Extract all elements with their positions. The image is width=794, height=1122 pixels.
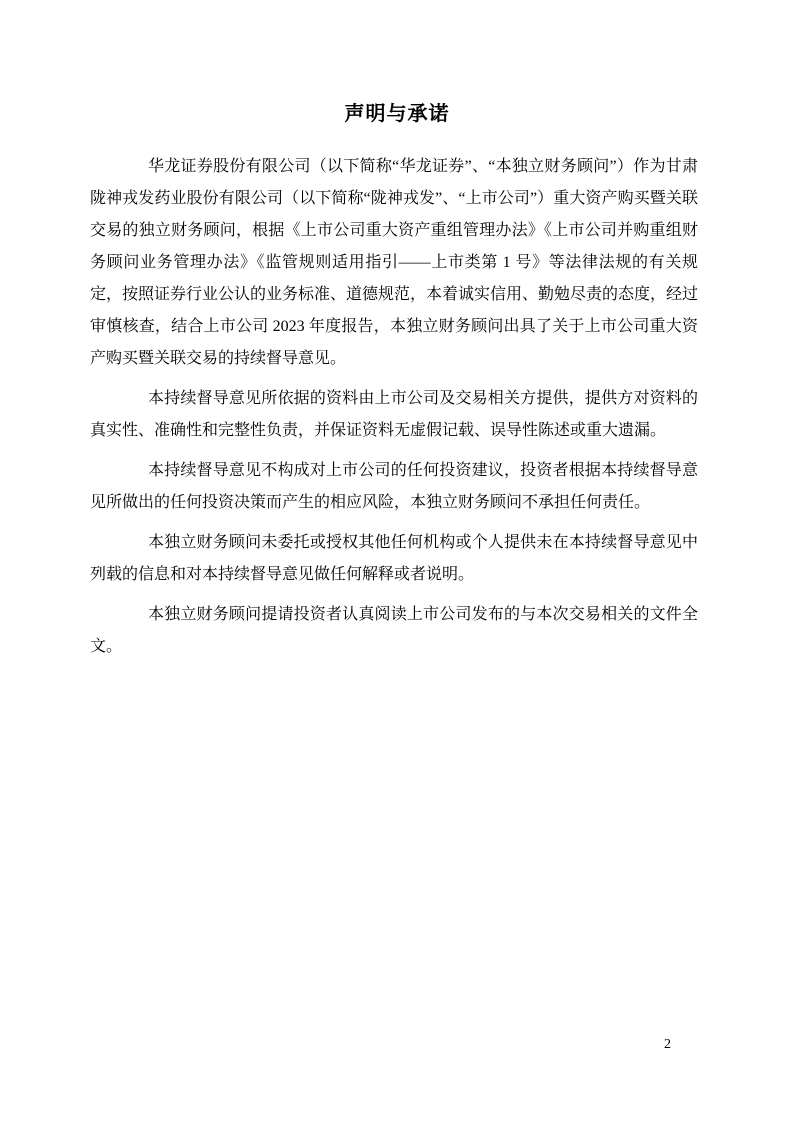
- paragraph-4: 本独立财务顾问未委托或授权其他任何机构或个人提供未在本持续督导意见中列载的信息和…: [90, 527, 698, 591]
- page-number: 2: [664, 1037, 671, 1053]
- paragraph-3: 本持续督导意见不构成对上市公司的任何投资建议，投资者根据本持续督导意见所做出的任…: [90, 455, 698, 519]
- paragraph-5: 本独立财务顾问提请投资者认真阅读上市公司发布的与本次交易相关的文件全文。: [90, 599, 698, 663]
- paragraph-1: 华龙证券股份有限公司（以下简称“华龙证券”、“本独立财务顾问”）作为甘肃陇神戎发…: [90, 151, 698, 375]
- page-title: 声明与承诺: [0, 101, 794, 128]
- document-page: 声明与承诺 华龙证券股份有限公司（以下简称“华龙证券”、“本独立财务顾问”）作为…: [0, 0, 794, 1122]
- paragraph-2: 本持续督导意见所依据的资料由上市公司及交易相关方提供，提供方对资料的真实性、准确…: [90, 383, 698, 447]
- document-body: 华龙证券股份有限公司（以下简称“华龙证券”、“本独立财务顾问”）作为甘肃陇神戎发…: [90, 151, 698, 663]
